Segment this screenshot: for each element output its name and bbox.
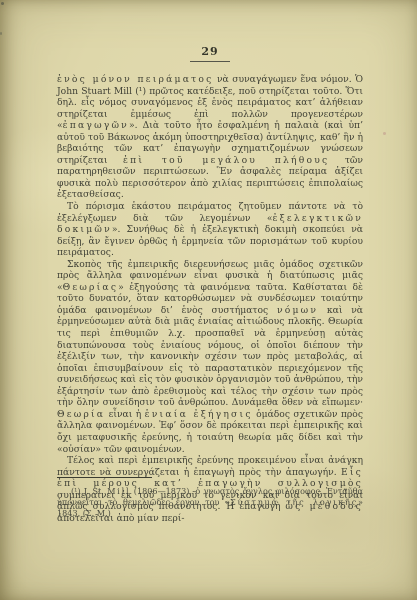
footnote-emphasis: Mill <box>107 486 130 496</box>
paragraph-1: ἑνὸς μόνον πειράματος νὰ συναγάγωμεν ἕνα… <box>57 74 363 201</box>
paper-speck <box>1 2 4 5</box>
footnote-emphasis: Σύστημά τῆς λογικῆς <box>230 497 358 507</box>
scanned-book-page: 29 ἑνὸς μόνον πειράματος νὰ συναγάγωμεν … <box>0 0 417 600</box>
paragraph-3-text: καὶ νὰ ἑρμηνεύσωμεν αὐτὰ διὰ μιᾶς ἑνιαία… <box>57 305 363 408</box>
paragraph-3-emphasis: Θεωρίας <box>63 282 119 293</box>
footnote-text: (¹) J. St. <box>71 486 107 496</box>
footnote-separator <box>57 477 152 478</box>
paragraph-3-emphasis: νόμων <box>277 305 318 316</box>
paper-speck <box>0 32 2 35</box>
paragraph-3-emphasis: Θεωρία <box>57 409 105 420</box>
paragraph-3-emphasis: ἑνιαία ἐξήγησις <box>145 409 253 420</box>
paragraph-4-text: Τέλος καὶ περὶ ἐμπειρικῆς ἐρεύνης προκει… <box>57 455 363 478</box>
paragraph-3: Σκοπὸς τῆς ἐμπειρικῆς διερευνήσεως μιᾶς … <box>57 259 363 455</box>
body-text: ἑνὸς μόνον πειράματος νὰ συναγάγωμεν ἕνα… <box>57 74 363 524</box>
paper-speck <box>383 132 386 135</box>
page-number: 29 <box>190 45 230 62</box>
paragraph-1-emphasis: ἑνὸς μόνον πειράματος <box>57 74 213 85</box>
paragraph-2: Τὸ πόρισμα ἑκάστου πειράματος ζητοῦμεν π… <box>57 201 363 259</box>
paragraph-1-emphasis: ἐπαγωγῶν <box>63 120 129 131</box>
paragraph-3-text: εἶναι ἡ <box>105 409 144 420</box>
footnote: (¹) J. St. Mill (1806—1873), ὁ γνωστὸς ἄ… <box>57 486 363 519</box>
paragraph-1-emphasis: ἐπὶ τοῦ μεγάλου πλήθους <box>123 155 329 166</box>
